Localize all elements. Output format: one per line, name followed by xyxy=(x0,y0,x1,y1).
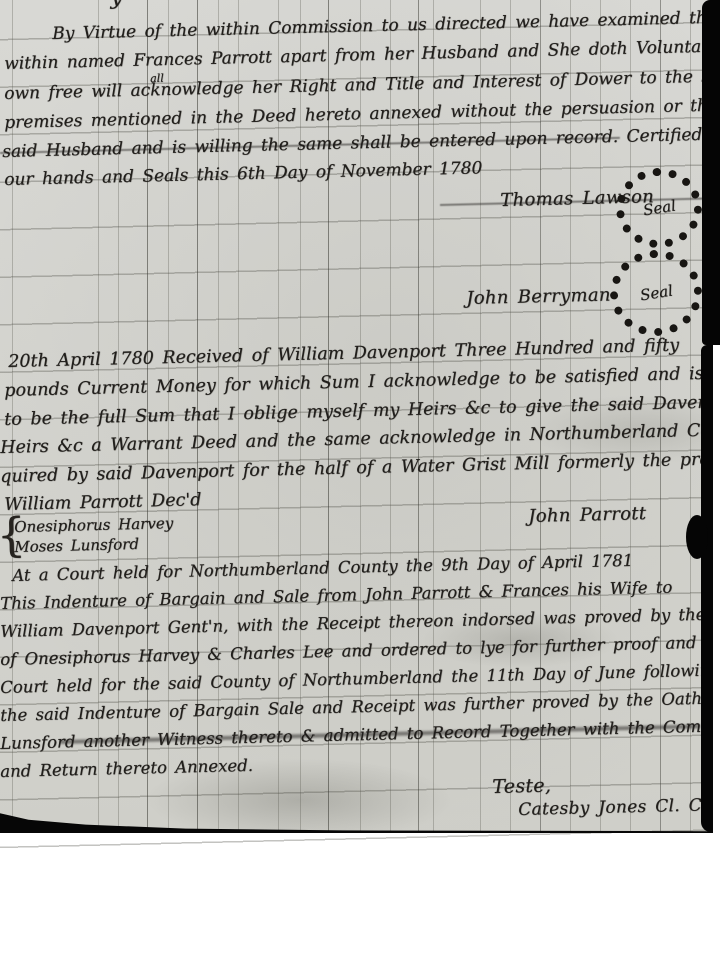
cutoff-descender: y xyxy=(110,0,123,10)
scan-margin xyxy=(713,345,720,960)
document-scan-image: y By Virtue of the within Commission to … xyxy=(0,0,720,833)
witness-name: Moses Lunsford xyxy=(14,535,139,556)
signature-john-parrott: John Parrott xyxy=(528,503,647,527)
seal-label: Seal xyxy=(638,282,673,305)
manuscript-page: y By Virtue of the within Commission to … xyxy=(0,0,720,960)
page-edge-shadow xyxy=(686,515,708,559)
page-edge-shadow xyxy=(702,0,720,345)
signature-john-berryman: John Berryman xyxy=(466,284,611,309)
teste-label: Teste, xyxy=(492,775,551,798)
